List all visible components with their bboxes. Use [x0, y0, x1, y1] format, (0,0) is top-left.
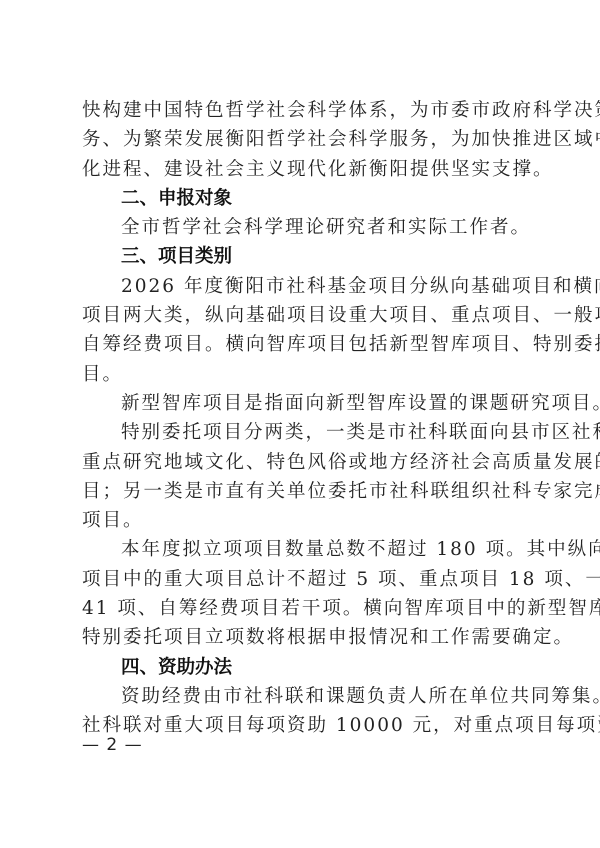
section-heading-applicants: 二、申报对象 [82, 184, 518, 213]
body-line: 务、为繁荣发展衡阳哲学社会科学服务，为加快推进区域中心 [82, 125, 518, 154]
page-number: — 2 — [82, 735, 143, 755]
body-line: 重点研究地域文化、特色风俗或地方经济社会高质量发展的项 [82, 448, 518, 477]
body-line: 41 项、自筹经费项目若干项。横向智库项目中的新型智库项目、 [82, 594, 518, 623]
paragraph-start-line: 本年度拟立项项目数量总数不超过 180 项。其中纵向基础 [82, 535, 518, 564]
body-line: 化进程、建设社会主义现代化新衡阳提供坚实支撑。 [82, 155, 518, 184]
paragraph-start-line: 新型智库项目是指面向新型智库设置的课题研究项目。 [82, 389, 518, 418]
body-line: 目；另一类是市直有关单位委托市社科联组织社科专家完成的 [82, 477, 518, 506]
paragraph-start-line: 资助经费由市社科联和课题负责人所在单位共同筹集。市 [82, 682, 518, 711]
body-line: 自筹经费项目。横向智库项目包括新型智库项目、特别委托项 [82, 330, 518, 359]
paragraph-start-line: 全市哲学社会科学理论研究者和实际工作者。 [82, 213, 518, 242]
section-heading-categories: 三、项目类别 [82, 242, 518, 271]
body-line: 目。 [82, 360, 518, 389]
body-line: 项目。 [82, 506, 518, 535]
body-line: 快构建中国特色哲学社会科学体系，为市委市政府科学决策服 [82, 96, 518, 125]
document-page: 快构建中国特色哲学社会科学体系，为市委市政府科学决策服 务、为繁荣发展衡阳哲学社… [82, 96, 518, 741]
paragraph-start-line: 特别委托项目分两类，一类是市社科联面向县市区社科联， [82, 418, 518, 447]
section-heading-funding: 四、资助办法 [82, 653, 518, 682]
body-line: 项目中的重大项目总计不超过 5 项、重点项目 18 项、一般项目 [82, 565, 518, 594]
paragraph-start-line: 2026 年度衡阳市社科基金项目分纵向基础项目和横向智库 [82, 272, 518, 301]
body-line: 项目两大类，纵向基础项目设重大项目、重点项目、一般项目、 [82, 301, 518, 330]
body-line: 社科联对重大项目每项资助 10000 元，对重点项目每项资助 [82, 711, 518, 740]
body-line: 特别委托项目立项数将根据申报情况和工作需要确定。 [82, 623, 518, 652]
